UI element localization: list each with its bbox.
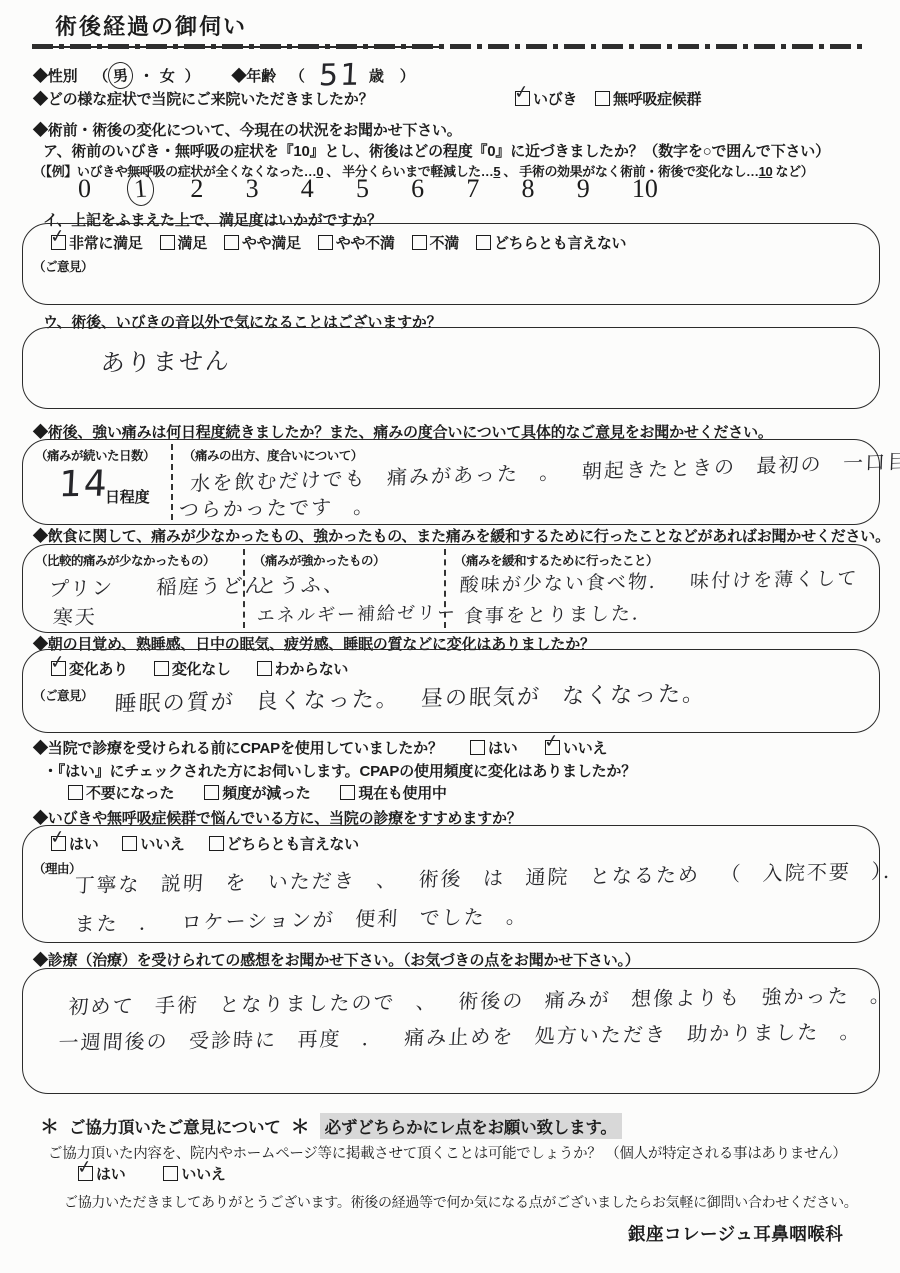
pain-box-divider <box>171 444 173 520</box>
recommend-options: ✓はい いいえ どちらとも言えない <box>51 833 879 854</box>
check-icon: ✓ <box>49 651 67 674</box>
scale-option-7[interactable]: 7 <box>460 173 485 205</box>
checkbox-ibiki[interactable]: ✓ いびき <box>515 88 577 109</box>
check-icon: ✓ <box>543 730 561 753</box>
publish-options: ✓はい いいえ <box>78 1163 226 1184</box>
pain-days-label: （痛みが続いた日数） <box>35 446 155 464</box>
checkbox-cpap-hai[interactable]: はい <box>470 737 517 758</box>
cpap-row: ◆当院で診療を受けられる前にCPAPを使用していましたか？ はい ✓いいえ <box>33 737 883 758</box>
checkbox-henka-nashi[interactable]: 変化なし <box>154 658 231 679</box>
checkbox-recommend-hai[interactable]: ✓はい <box>51 833 98 854</box>
symptom-row: ◆どの様な症状で当院にご来院いただきましたか？ ✓ いびき 無呼吸症候群 <box>33 88 883 109</box>
gender-female-option[interactable]: 女 <box>160 65 175 86</box>
food-col1-line1-handwritten: プリン 稲庭うどん <box>48 569 267 602</box>
food-col3-label: （痛みを緩和するために行ったこと） <box>454 551 658 569</box>
sleep-opinion-label: （ご意見） <box>33 686 93 704</box>
footer-note-label: ご協力頂いたご意見について <box>69 1114 281 1138</box>
food-col1-label: （比較的痛みが少なかったもの） <box>35 551 215 569</box>
checkbox-publish-iie[interactable]: いいえ <box>163 1163 225 1184</box>
food-col2-line2-handwritten: エネルギー補給ゼリー <box>256 598 458 627</box>
dash-dot-divider <box>32 44 863 49</box>
checkbox-recommend-iie[interactable]: いいえ <box>122 833 184 854</box>
age-label: ◆年齢 <box>231 65 275 86</box>
scale-option-9[interactable]: 9 <box>571 173 596 205</box>
checkbox-wakaranai[interactable]: わからない <box>257 658 349 679</box>
cpap-followup: ・『はい』にチェックされた方にお伺いします。CPAPの使用頻度に変化はありました… <box>43 760 636 781</box>
checkbox-publish-hai[interactable]: ✓はい <box>78 1163 125 1184</box>
scale-option-3[interactable]: 3 <box>240 173 265 205</box>
change-sub-a: ア、術前のいびき・無呼吸の症状を『10』とし、術後はどの程度『0』に近づきました… <box>43 140 830 161</box>
checkbox-hindo-hetta[interactable]: 頻度が減った <box>204 782 310 803</box>
reason-line1-handwritten: 丁寧な 説明 を いただき 、 術後 は 通院 となるため （ 入院不要 ）． <box>74 855 900 898</box>
scale-option-5[interactable]: 5 <box>350 173 375 205</box>
footer-note: ＊ ご協力頂いたご意見について ＊ 必ずどちらかにレ点をお願い致します。 <box>40 1112 622 1139</box>
food-col2-label: （痛みが強かったもの） <box>253 551 385 569</box>
gender-paren-close: ） <box>185 65 200 86</box>
pain-detail-label: （痛みの出方、度合いについて） <box>183 446 363 464</box>
food-divider-2 <box>444 549 446 628</box>
checkbox-recommend-dochiratomo[interactable]: どちらとも言えない <box>209 833 359 854</box>
scale-option-1-circled[interactable]: 1 <box>126 171 156 207</box>
scanned-questionnaire-page: 術後経過の御伺い ◆性別 （ 男 ・ 女 ） ◆年齢 （ 51 歳 ） ◆どの様… <box>0 0 900 1273</box>
scale-option-8[interactable]: 8 <box>516 173 541 205</box>
check-icon: ✓ <box>49 826 67 849</box>
food-divider-1 <box>243 549 245 628</box>
gender-male-selected[interactable]: 男 <box>107 61 134 90</box>
checkbox-yaya-fuman[interactable]: やや不満 <box>318 232 395 253</box>
age-paren-open: （ <box>290 65 305 86</box>
checkbox-yaya-manzoku[interactable]: やや満足 <box>224 232 301 253</box>
reason-label: （理由） <box>33 859 81 877</box>
satisfaction-box: ✓非常に満足 満足 やや満足 やや不満 不満 どちらとも言えない （ご意見） <box>22 223 880 305</box>
scale-option-4[interactable]: 4 <box>295 173 320 205</box>
food-box: （比較的痛みが少なかったもの） プリン 稲庭うどん 寒天 （痛みが強かったもの）… <box>22 544 880 633</box>
gender-separator: ・ <box>139 65 154 86</box>
symptom-question: ◆どの様な症状で当院にご来院いただきましたか？ <box>33 91 373 108</box>
pain-box: （痛みが続いた日数） 14 日程度 （痛みの出方、度合いについて） 水を飲むだけ… <box>22 439 880 525</box>
age-paren-close: ） <box>400 65 415 86</box>
scale-option-10[interactable]: 10 <box>626 173 664 205</box>
scale-option-0[interactable]: 0 <box>72 173 97 205</box>
satisfaction-options: ✓非常に満足 満足 やや満足 やや不満 不満 どちらとも言えない <box>51 232 879 253</box>
pain-detail-line2-handwritten: つらかったです 。 <box>178 490 376 522</box>
checkbox-hijoni-manzoku[interactable]: ✓非常に満足 <box>51 232 143 253</box>
check-icon: ✓ <box>513 81 531 104</box>
title-underline: 術後経過の御伺い <box>37 10 441 48</box>
checkbox-manzoku[interactable]: 満足 <box>160 232 207 253</box>
food-col1-line2-handwritten: 寒天 <box>52 601 98 631</box>
scale-option-2[interactable]: 2 <box>184 173 209 205</box>
checkbox-cpap-iie[interactable]: ✓いいえ <box>545 737 607 758</box>
footer-note-highlight: 必ずどちらかにレ点をお願い致します。 <box>320 1113 622 1139</box>
food-col3-line2-handwritten: 食事をとりました． <box>463 598 654 628</box>
severity-scale: 0 1 2 3 4 5 6 7 8 9 10 <box>72 172 664 206</box>
thanks-text: ご協力いただきましてありがとうございます。術後の経過等で何か気になる点がございま… <box>64 1192 857 1212</box>
sleep-answer-handwritten: 睡眠の質が 良くなった。 昼の眠気が なくなった。 <box>114 677 707 718</box>
concern-answer-handwritten: ありません <box>100 341 232 378</box>
page-title: 術後経過の御伺い <box>37 10 441 46</box>
checkbox-fuyo[interactable]: 不要になった <box>68 782 174 803</box>
checkbox-dochiratomo[interactable]: どちらとも言えない <box>476 232 626 253</box>
asterisk-icon: ＊ <box>40 1112 59 1139</box>
pain-days-handwritten: 14 <box>58 464 110 506</box>
food-col2-line1-handwritten: とうふ、 <box>256 568 346 599</box>
sleep-box: ✓変化あり 変化なし わからない （ご意見） 睡眠の質が 良くなった。 昼の眠気… <box>22 649 880 733</box>
cpap-question: ◆当院で診療を受けられる前にCPAPを使用していましたか？ <box>33 740 443 757</box>
gender-paren-open: （ <box>93 65 108 86</box>
recommend-box: ✓はい いいえ どちらとも言えない （理由） 丁寧な 説明 を いただき 、 術… <box>22 825 880 943</box>
publish-question: ご協力頂いた内容を、院内やホームページ等に掲載させて頂くことは可能でしょうか？ … <box>48 1142 847 1163</box>
cpap-followup-options: 不要になった 頻度が減った 現在も使用中 <box>68 782 447 803</box>
food-question: ◆飲食に関して、痛みが少なかったもの、強かったもの、また痛みを緩和するために行っ… <box>33 525 890 546</box>
sleep-options: ✓変化あり 変化なし わからない <box>51 658 879 679</box>
clinic-name: 銀座コレージュ耳鼻咽喉科 <box>628 1221 843 1246</box>
checkbox-mukokyu[interactable]: 無呼吸症候群 <box>595 88 701 109</box>
gender-label: ◆性別 <box>33 65 77 86</box>
pain-days-unit: 日程度 <box>105 486 149 507</box>
asterisk-icon: ＊ <box>291 1112 310 1139</box>
food-col3-line1-handwritten: 酸味が少ない食べ物． 味付けを薄くして <box>459 564 859 598</box>
checkbox-fuman[interactable]: 不満 <box>412 232 459 253</box>
impressions-question: ◆診療（治療）を受けられての感想をお聞かせ下さい。（お気づきの点をお聞かせ下さい… <box>33 949 640 970</box>
age-unit: 歳 <box>369 65 384 86</box>
scale-option-6[interactable]: 6 <box>405 173 430 205</box>
impressions-line2-handwritten: 一週間後の 受診時に 再度 ． 痛み止めを 処方いただき 助かりました 。 <box>58 1015 863 1055</box>
check-icon: ✓ <box>49 225 67 248</box>
impressions-box: 初めて 手術 となりましたので 、 術後の 痛みが 想像よりも 強かった 。 一… <box>22 968 880 1094</box>
change-question: ◆術前・術後の変化について、今現在の状況をお聞かせ下さい。 <box>33 119 462 140</box>
impressions-line1-handwritten: 初めて 手術 となりましたので 、 術後の 痛みが 想像よりも 強かった 。 <box>68 979 893 1019</box>
checkbox-henka-ari[interactable]: ✓変化あり <box>51 658 128 679</box>
opinion-label: （ご意見） <box>33 257 93 275</box>
reason-line2-handwritten: また ． ロケーションが 便利 でした 。 <box>74 900 529 937</box>
check-icon: ✓ <box>76 1156 94 1179</box>
checkbox-genzai-shiyochu[interactable]: 現在も使用中 <box>340 782 446 803</box>
concern-answer-box[interactable]: ありません <box>22 327 880 409</box>
